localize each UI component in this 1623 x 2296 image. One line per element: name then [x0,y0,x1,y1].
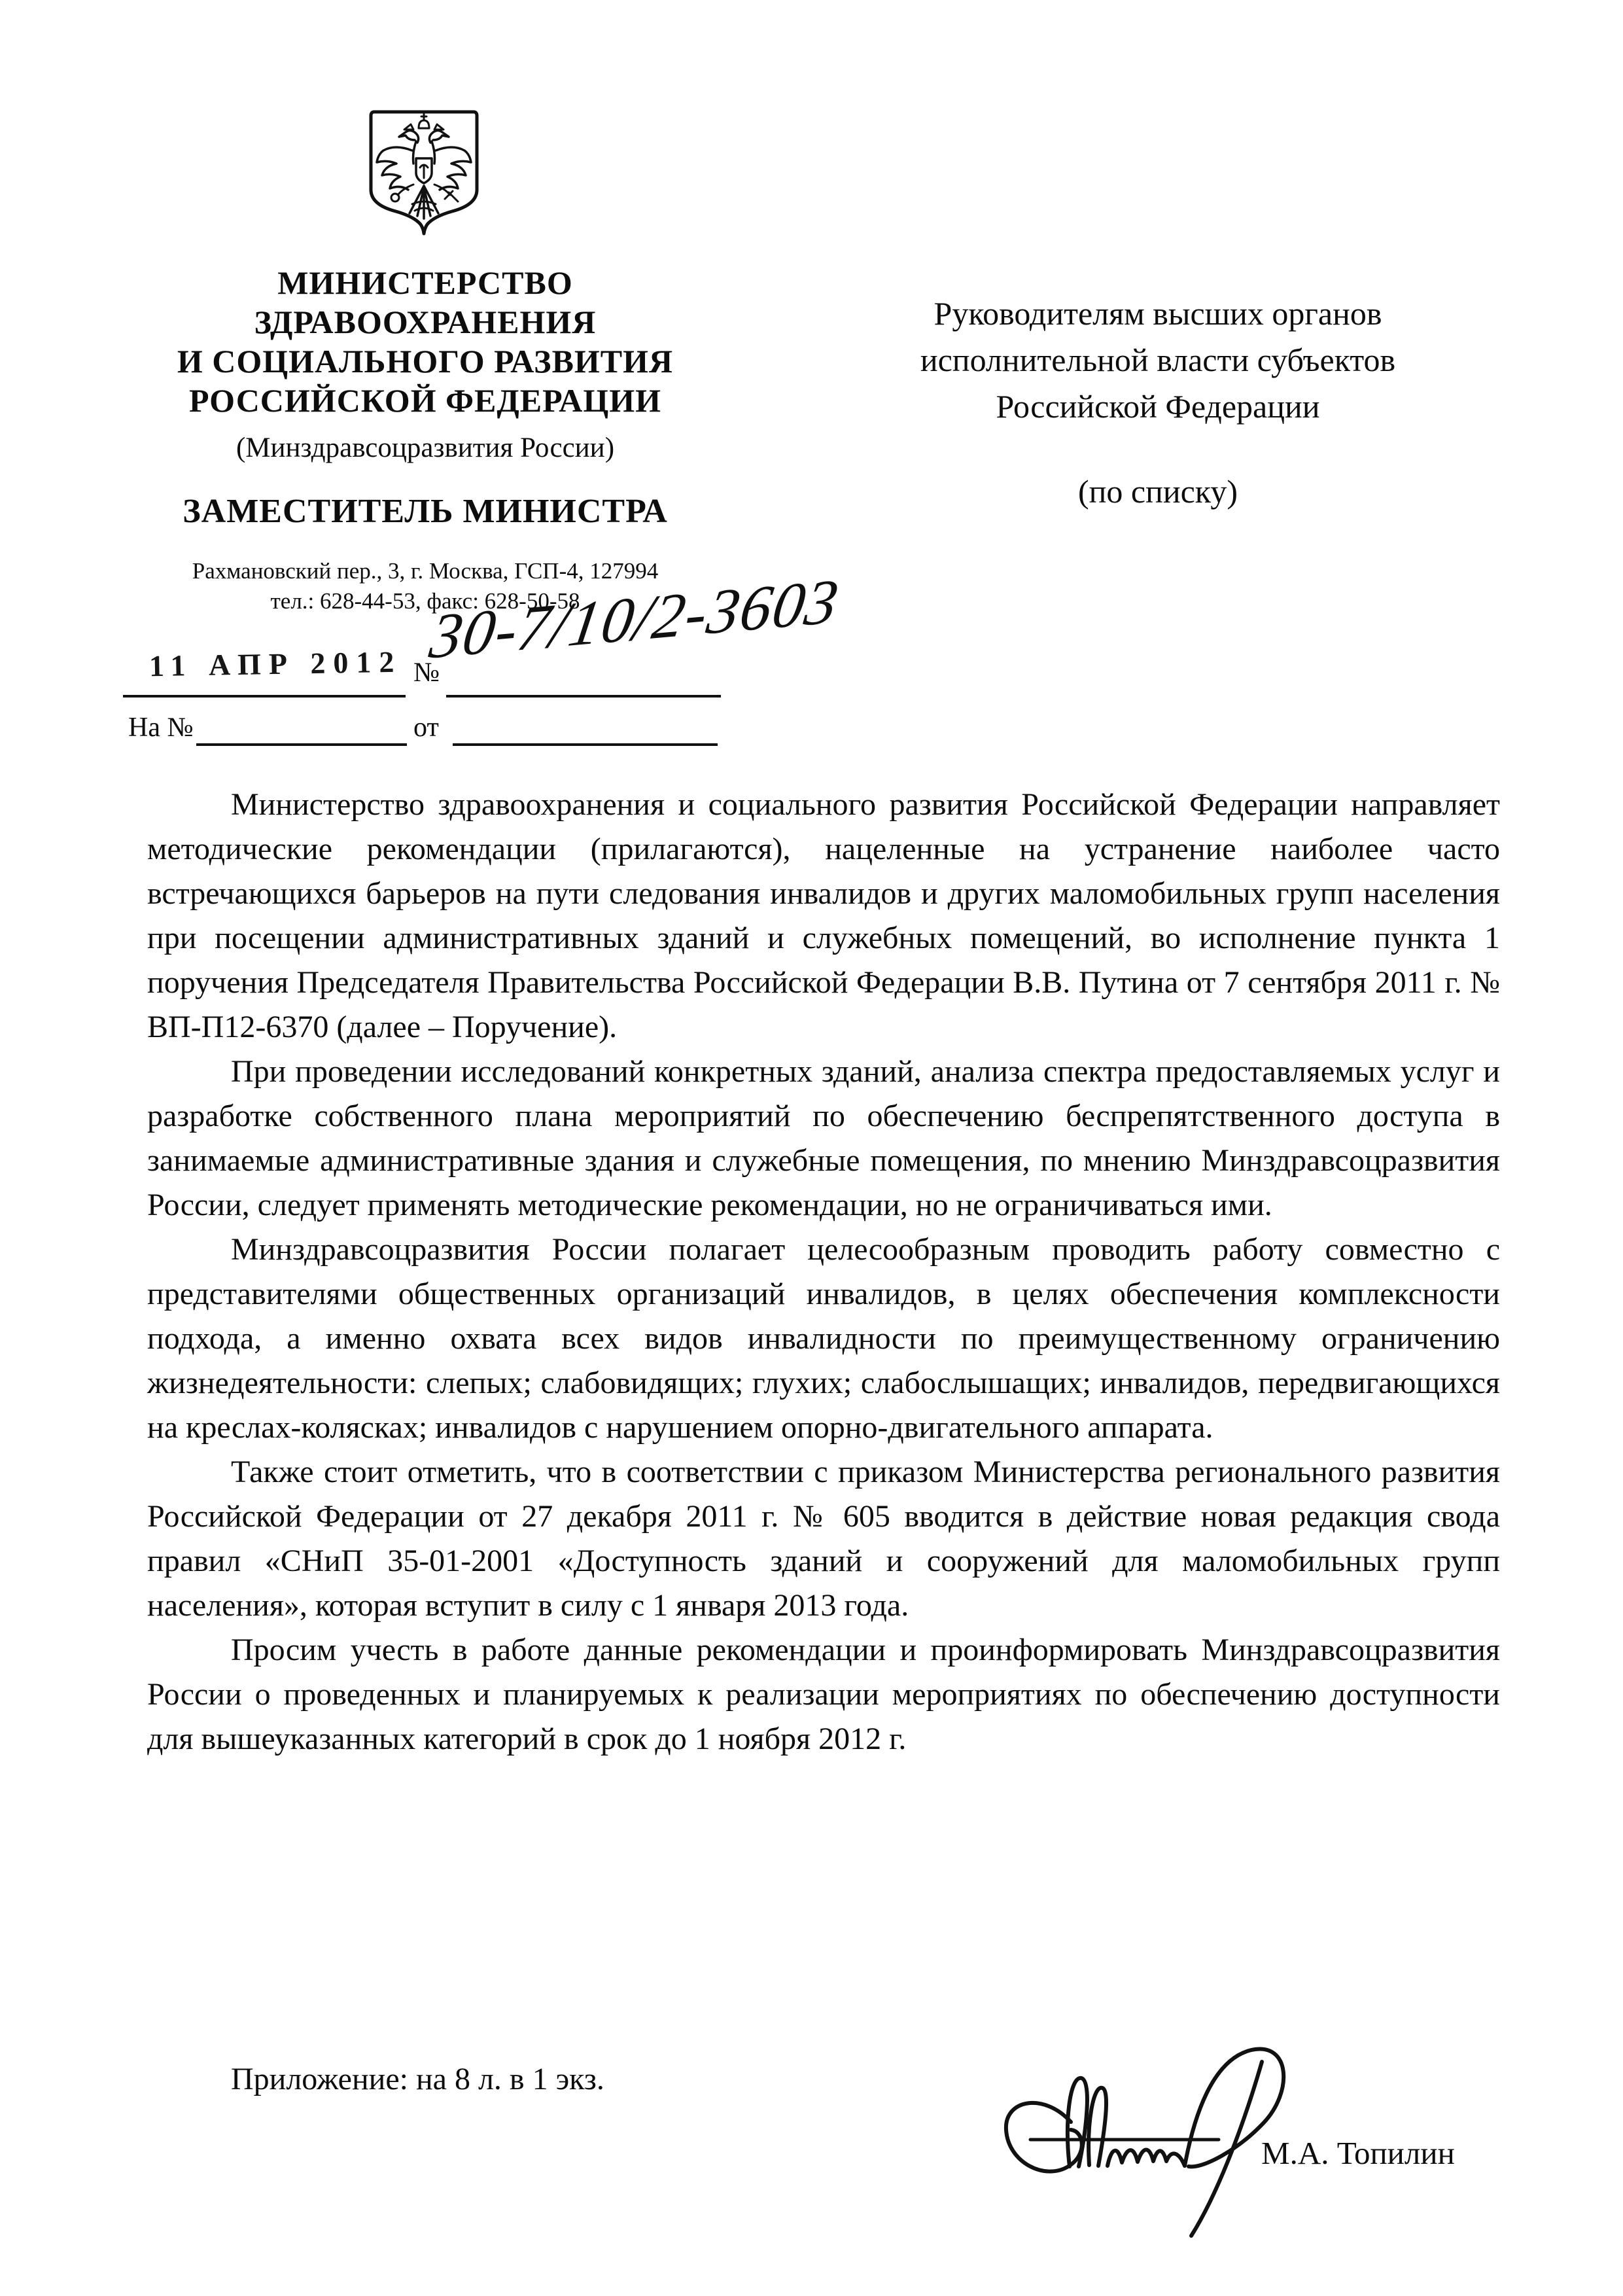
letter-body: Министерство здравоохранения и социально… [147,783,1500,1761]
number-underline [446,695,721,698]
date-underline [123,695,406,698]
reference-from-label: от [413,712,439,743]
russian-coat-of-arms-icon [365,107,483,242]
ministry-name-line: ЗДРАВООХРАНЕНИЯ [154,302,697,342]
recipient-block: Руководителям высших органов исполнитель… [870,291,1446,430]
ministry-short-name: (Минздравсоцразвития России) [154,432,697,464]
body-paragraph: Минздравсоцразвития России полагает целе… [147,1227,1500,1450]
date-stamp: 11 АПР 2012 [149,645,402,684]
ministry-name-line: РОССИЙСКОЙ ФЕДЕРАЦИИ [154,381,697,420]
recipient-line: исполнительной власти субъектов [870,337,1446,383]
scanned-letter-page: МИНИСТЕРСТВО ЗДРАВООХРАНЕНИЯ И СОЦИАЛЬНО… [0,0,1623,2296]
recipient-line: Руководителям высших органов [870,291,1446,337]
position-title: ЗАМЕСТИТЕЛЬ МИНИСТРА [154,492,697,531]
reference-date-underline [453,743,718,746]
body-paragraph: При проведении исследований конкретных з… [147,1050,1500,1227]
body-paragraph: Министерство здравоохранения и социально… [147,783,1500,1050]
signatory-name: М.А. Топилин [1261,2134,1455,2172]
reference-number-underline [196,743,407,746]
body-paragraph: Также стоит отметить, что в соответствии… [147,1450,1500,1628]
address-line: Рахмановский пер., 3, г. Москва, ГСП-4, … [154,556,697,586]
ministry-name-line: МИНИСТЕРСТВО [154,263,697,302]
recipient-line: Российской Федерации [870,383,1446,430]
attachment-note: Приложение: на 8 л. в 1 экз. [231,2061,604,2097]
reference-number-label: На № [128,712,194,743]
ministry-name: МИНИСТЕРСТВО ЗДРАВООХРАНЕНИЯ И СОЦИАЛЬНО… [154,263,697,420]
body-paragraph: Просим учесть в работе данные рекомендац… [147,1628,1500,1761]
ministry-name-line: И СОЦИАЛЬНОГО РАЗВИТИЯ [154,342,697,381]
recipient-note: (по списку) [870,472,1446,510]
